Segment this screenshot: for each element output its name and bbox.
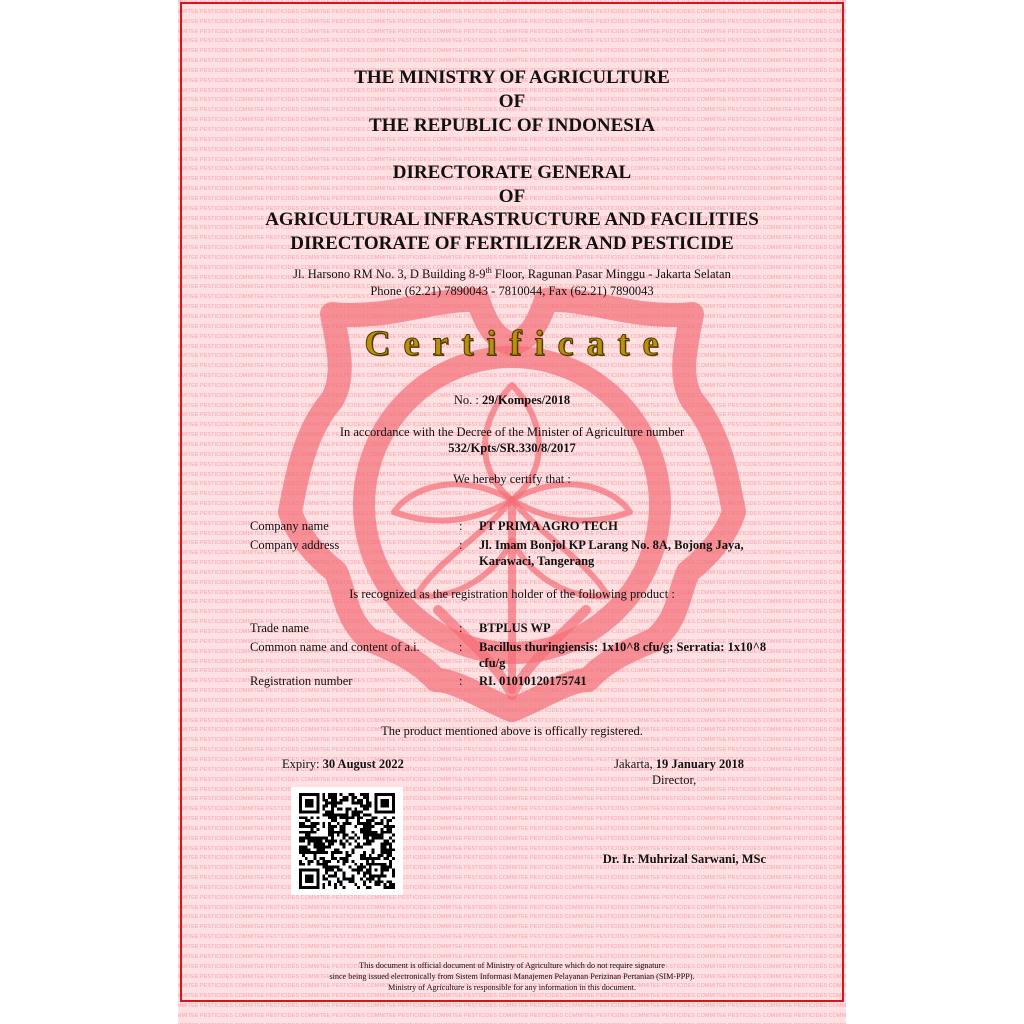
- recognized-text: Is recognized as the registration holder…: [178, 586, 846, 602]
- field-label: Trade name: [250, 620, 309, 636]
- footer-line1: This document is official document of Mi…: [178, 960, 846, 971]
- office-address: Jl. Harsono RM No. 3, D Building 8-9th F…: [178, 266, 846, 282]
- certify-text: We hereby certify that :: [178, 471, 846, 487]
- expiry-label: Expiry:: [282, 757, 323, 771]
- field-separator: :: [459, 518, 462, 534]
- office-phone: Phone (62.21) 7890043 - 7810044, Fax (62…: [178, 283, 846, 299]
- field-label: Company address: [250, 537, 339, 553]
- field-label: Registration number: [250, 673, 352, 689]
- registration-number-value: RI. 01010120175741: [479, 673, 779, 689]
- issue-date-value: 19 January 2018: [656, 757, 744, 771]
- ministry-title-line2: OF: [178, 90, 846, 114]
- field-separator: :: [459, 673, 462, 689]
- registered-text: The product mentioned above is offically…: [178, 723, 846, 739]
- field-separator: :: [459, 620, 462, 636]
- address-text: Jl. Harsono RM No. 3, D Building 8-9: [293, 267, 485, 281]
- issue-place-date: Jakarta, 19 January 2018: [614, 756, 744, 772]
- ministry-title-line3: THE REPUBLIC OF INDONESIA: [178, 114, 846, 138]
- address-text-end: Floor, Ragunan Pasar Minggu - Jakarta Se…: [492, 267, 731, 281]
- trade-name-value: BTPLUS WP: [479, 620, 779, 636]
- directorate-general-line1: DIRECTORATE GENERAL: [178, 161, 846, 185]
- company-name-value: PT PRIMA AGRO TECH: [479, 518, 779, 534]
- field-separator: :: [459, 537, 462, 553]
- directorate-line4: DIRECTORATE OF FERTILIZER AND PESTICIDE: [178, 232, 846, 256]
- footer-line2: since being issued electronically from S…: [178, 971, 846, 982]
- qr-code-icon[interactable]: [291, 787, 403, 895]
- ministry-title-line1: THE MINISTRY OF AGRICULTURE: [178, 66, 846, 90]
- field-separator: :: [459, 639, 462, 655]
- directorate-general-line2: OF: [178, 185, 846, 209]
- decree-text: In accordance with the Decree of the Min…: [178, 424, 846, 440]
- certificate-title: Certificate: [184, 322, 852, 364]
- field-label: Company name: [250, 518, 329, 534]
- certificate-content: THE MINISTRY OF AGRICULTURE OF THE REPUB…: [178, 0, 846, 1004]
- expiry-value: 30 August 2022: [323, 757, 404, 771]
- footer-line3: Ministry of Agriculture is responsible f…: [178, 982, 846, 993]
- directorate-general-line3: AGRICULTURAL INFRASTRUCTURE AND FACILITI…: [178, 208, 846, 232]
- place-label: Jakarta,: [614, 757, 656, 771]
- active-ingredient-value: Bacillus thuringiensis: 1x10^8 cfu/g; Se…: [479, 639, 779, 671]
- decree-number: 532/Kpts/SR.330/8/2017: [178, 440, 846, 456]
- expiry-date: Expiry: 30 August 2022: [282, 756, 404, 772]
- certificate-number: No. : 29/Kompes/2018: [178, 392, 846, 408]
- company-address-value: Jl. Imam Bonjol KP Larang No. 8A, Bojong…: [479, 537, 779, 569]
- certificate-number-label: No. :: [454, 393, 482, 407]
- signer-name: Dr. Ir. Muhrizal Sarwani, MSc: [603, 851, 766, 867]
- field-label: Common name and content of a.i.: [250, 639, 420, 655]
- certificate-number-value: 29/Kompes/2018: [482, 393, 570, 407]
- signer-title: Director,: [652, 772, 696, 788]
